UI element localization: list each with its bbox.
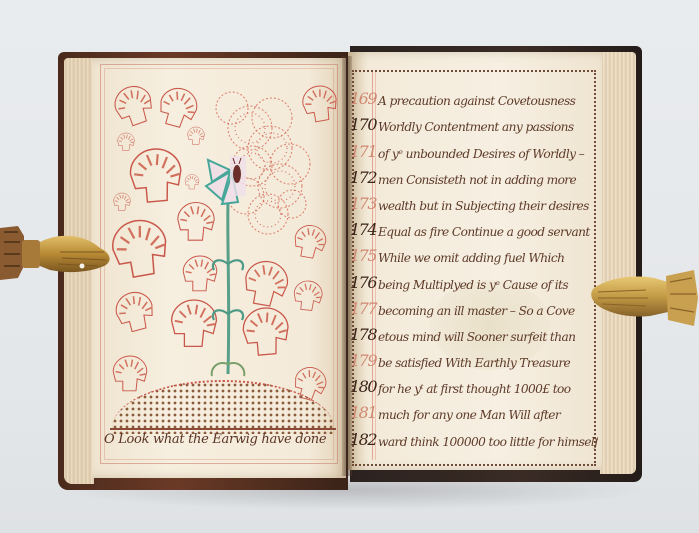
line-number: 182: [350, 430, 374, 449]
illustration-caption: O Look what the Earwig have done: [104, 432, 344, 447]
manuscript-text: 169A precaution against Covetousness 170…: [350, 82, 598, 449]
text-line: 173wealth but in Subjecting their desire…: [350, 187, 598, 213]
text-line: 180for he yᵗ at first thought 1000£ too: [350, 370, 598, 396]
line-text: Worldly Contentment any passions: [378, 120, 574, 134]
line-text: wealth but in Subjecting their desires: [378, 199, 589, 213]
line-text: of yᵉ unbounded Desires of Worldly –: [378, 147, 584, 161]
text-line: 171of yᵉ unbounded Desires of Worldly –: [350, 134, 598, 160]
photo-scene: O Look what the Earwig have done 169A pr…: [0, 0, 699, 533]
line-number: 169: [350, 89, 374, 108]
line-number: 170: [350, 115, 374, 134]
text-line: 174Equal as fire Continue a good servant: [350, 213, 598, 239]
line-text: Equal as fire Continue a good servant: [378, 225, 590, 239]
line-text: While we omit adding fuel Which: [378, 251, 564, 265]
line-number: 172: [350, 168, 374, 187]
line-text: men Consisteth not in adding more: [378, 173, 576, 187]
line-text: becoming an ill master – So a Cove: [378, 304, 575, 318]
line-text: A precaution against Covetousness: [378, 94, 575, 108]
text-line: 175While we omit adding fuel Which: [350, 239, 598, 265]
text-line: 177becoming an ill master – So a Cove: [350, 292, 598, 318]
text-line: 182ward think 100000 too little for hims…: [350, 422, 598, 448]
line-text: etous mind will Sooner surfeit than: [378, 330, 575, 344]
right-page-edges: [600, 52, 636, 474]
text-line: 181much for any one Man Will after: [350, 396, 598, 422]
line-number: 176: [350, 273, 374, 292]
left-brass-hand-clip: [0, 222, 116, 286]
text-line: 178etous mind will Sooner surfeit than: [350, 318, 598, 344]
line-text: being Multiplyed is yᵉ Cause of its: [378, 278, 568, 292]
line-text: be satisfied With Earthly Treasure: [378, 356, 570, 370]
line-number: 171: [350, 142, 374, 161]
line-text: for he yᵗ at first thought 1000£ too: [378, 382, 571, 396]
line-number: 177: [350, 299, 374, 318]
line-text: ward think 100000 too little for himself: [378, 435, 598, 449]
mound-baseline: [110, 428, 336, 430]
text-line: 170Worldly Contentment any passions: [350, 108, 598, 134]
line-number: 180: [350, 377, 374, 396]
line-number: 174: [350, 220, 374, 239]
text-line: 172men Consisteth not in adding more: [350, 161, 598, 187]
line-number: 175: [350, 246, 374, 265]
line-number: 178: [350, 325, 374, 344]
line-number: 173: [350, 194, 374, 213]
line-number: 179: [350, 351, 374, 370]
text-line: 179be satisfied With Earthly Treasure: [350, 344, 598, 370]
line-text: much for any one Man Will after: [378, 408, 560, 422]
text-line: 169A precaution against Covetousness: [350, 82, 598, 108]
line-number: 181: [350, 403, 374, 422]
right-brass-hand-clip: [590, 268, 699, 330]
text-line: 176being Multiplyed is yᵉ Cause of its: [350, 265, 598, 291]
